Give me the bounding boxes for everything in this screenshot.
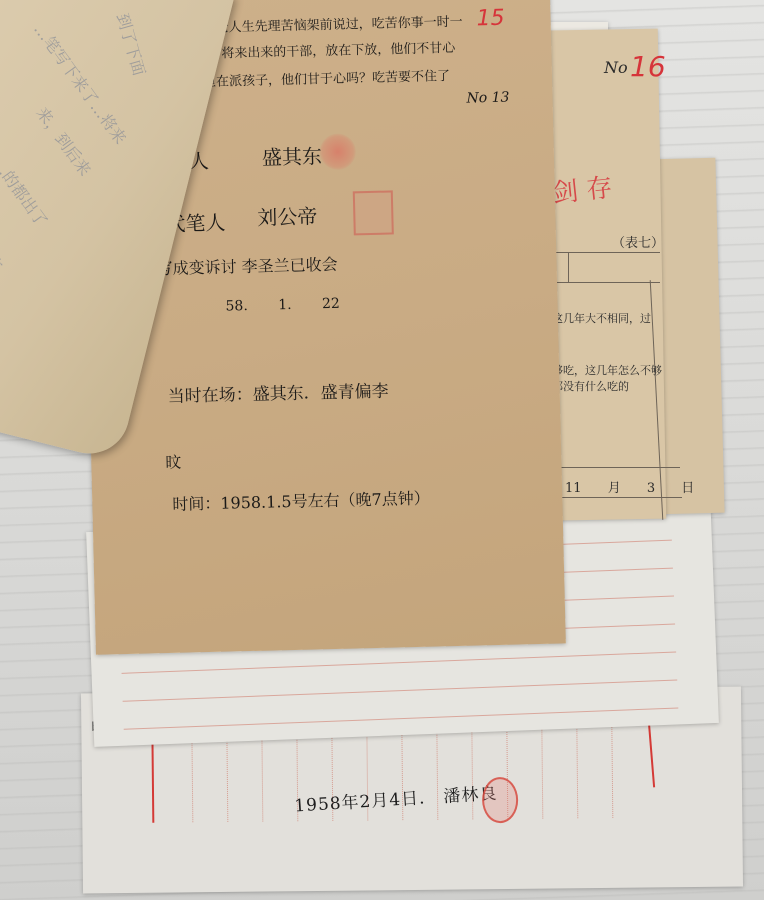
extra-line: 旼 (165, 450, 182, 473)
ruled-line (124, 707, 679, 729)
red-fingerprint-seal-icon (319, 133, 356, 170)
time-line: 时间：1958.1.5号左右（晚7点钟） (172, 486, 430, 515)
signature-line: 1958年2月4日． 潘林良 (293, 779, 497, 817)
faint-text: …的都出了 (0, 153, 54, 231)
statement-date: 58. 1. 22 (225, 296, 340, 315)
form-cell-divider (568, 252, 569, 282)
accused-name: 盛其东 (262, 140, 323, 170)
form-date-month-label: 月 (608, 481, 621, 496)
form-page-number-red: 16 (630, 50, 666, 83)
form-rule (542, 497, 682, 498)
form-date-month: 11 (565, 481, 582, 496)
form-header-code: （表七） (612, 232, 664, 251)
faint-text: …来 (0, 237, 9, 276)
form-date-footer: 11 月 3 日 (565, 477, 694, 496)
scribe-name: 刘公帝 (257, 200, 318, 230)
faint-text: 来，到后来 (32, 102, 98, 180)
square-red-seal-icon (353, 190, 394, 235)
faint-text: 到了下面 (112, 10, 152, 78)
page-number-ink: No 13 (466, 90, 509, 107)
form-date-day-label: 日 (681, 481, 694, 496)
round-red-seal-icon (482, 777, 518, 823)
ruled-line (122, 652, 677, 674)
signature-date: 1958年2月4日． (294, 788, 438, 817)
form-page-number-ink: No (604, 58, 628, 77)
form-date-day: 3 (647, 481, 655, 496)
red-annotation: 剑 存 (550, 167, 614, 210)
witness-line: 当时在场：盛其东．盛青偏李 (167, 377, 389, 407)
ruled-line (123, 679, 678, 701)
page-number-red: 15 (476, 6, 505, 32)
